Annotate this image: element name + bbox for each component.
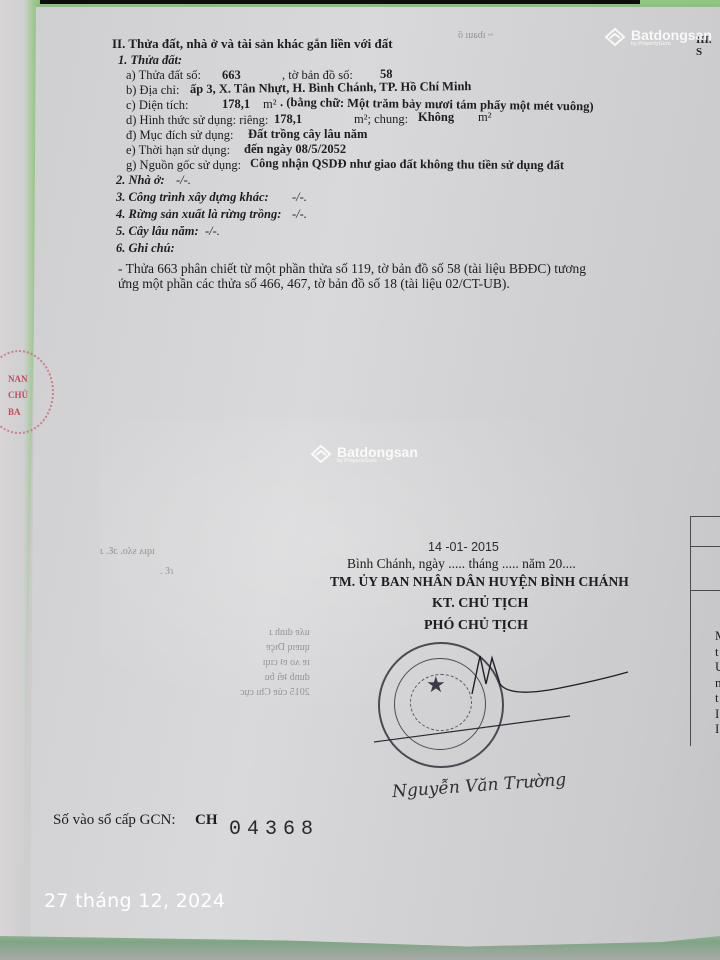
signature-line xyxy=(372,712,572,752)
item-house-value: -/-. xyxy=(176,173,191,188)
origin-value: Công nhận QSDĐ như giao đất không thu ti… xyxy=(250,156,564,173)
right-edge-box: M t U n t I I xyxy=(690,516,720,746)
parcel-label: a) Thửa đất số: xyxy=(126,68,201,83)
note-line-1: - Thửa 663 phân chiết từ một phần thửa s… xyxy=(118,261,586,277)
purpose-label: đ) Mục đích sử dụng: xyxy=(126,128,233,143)
usage-shared-value: Không xyxy=(418,110,454,125)
item-forest-value: -/-. xyxy=(292,207,307,222)
watermark-center: Batdongsanby PropertyGuru xyxy=(310,444,418,464)
house-logo-icon xyxy=(604,27,626,47)
area-unit: m² xyxy=(263,97,276,112)
item-perennial-label: 5. Cây lâu năm: xyxy=(116,224,199,239)
origin-label: g) Nguồn gốc sử dụng: xyxy=(126,158,241,173)
certificate-label: Số vào sổ cấp GCN: xyxy=(53,812,176,829)
usage-shared-label: m²; chung: xyxy=(354,112,408,127)
bleed-through-text: ıqıʌ sʎo. ɔƐ. ɹ xyxy=(100,546,155,557)
bleed-through-text: ~ ıbauı ő xyxy=(458,30,493,41)
signature-stroke xyxy=(470,650,630,700)
area-label: c) Diện tích: xyxy=(126,98,188,113)
item-house-label: 2. Nhà ở: xyxy=(116,173,165,188)
watermark-sub: by PropertyGuru xyxy=(631,42,712,47)
role-deputy-on-behalf: KT. CHỦ TỊCH xyxy=(432,596,528,612)
usage-form-label: d) Hình thức sử dụng: riêng: xyxy=(126,113,268,128)
purpose-value: Đất trồng cây lâu năm xyxy=(248,127,367,142)
item-perennial-value: -/-. xyxy=(205,224,220,239)
bleed-through-text: ɾƐ . xyxy=(160,566,173,577)
date-stamp: 14 -01- 2015 xyxy=(428,540,499,554)
role-vice-chairman: PHÓ CHỦ TỊCH xyxy=(424,618,528,634)
authority: TM. ỦY BAN NHÂN DÂN HUYỆN BÌNH CHÁNH xyxy=(330,574,629,590)
star-icon: ★ xyxy=(426,672,446,698)
term-label: e) Thời hạn sử dụng: xyxy=(126,143,230,158)
item-other-construction-value: -/-. xyxy=(292,190,307,205)
watermark-sub: by PropertyGuru xyxy=(337,459,418,464)
item-notes-label: 6. Ghi chú: xyxy=(116,241,175,256)
photo-timestamp: 27 tháng 12, 2024 xyxy=(44,890,225,912)
term-value: đến ngày 08/5/2052 xyxy=(244,142,346,157)
item-forest-label: 4. Rừng sản xuất là rừng trồng: xyxy=(116,207,281,222)
area-value: 178,1 xyxy=(222,97,250,112)
watermark-top: Batdongsanby PropertyGuru xyxy=(604,27,712,47)
place-date: Bình Chánh, ngày ..... tháng ..... năm 2… xyxy=(347,556,576,572)
section-title: II. Thửa đất, nhà ở và tài sản khác gắn … xyxy=(112,36,393,52)
address-label: b) Địa chỉ: xyxy=(126,83,179,98)
usage-private-value: 178,1 xyxy=(274,112,302,127)
note-line-2: ứng một phần các thửa số 466, 467, tờ bả… xyxy=(118,276,510,292)
land-heading: 1. Thửa đất: xyxy=(118,53,182,68)
certificate-number: 04368 xyxy=(229,818,319,841)
right-box-letters: M t U n t I I xyxy=(715,628,720,737)
item-other-construction-label: 3. Công trình xây dựng khác: xyxy=(116,190,269,205)
usage-shared-unit: m² xyxy=(478,110,491,125)
house-logo-icon xyxy=(310,444,332,464)
bleed-through-text: uʎɐ dınh ɹɥuɐıɥ Dıçɐıɐ ʌo ɐʇ cıɥıdunɓ ʇɐ… xyxy=(240,625,310,700)
certificate-prefix: CH xyxy=(195,812,218,829)
address-value: ấp 3, X. Tân Nhựt, H. Bình Chánh, TP. Hồ… xyxy=(190,79,471,97)
